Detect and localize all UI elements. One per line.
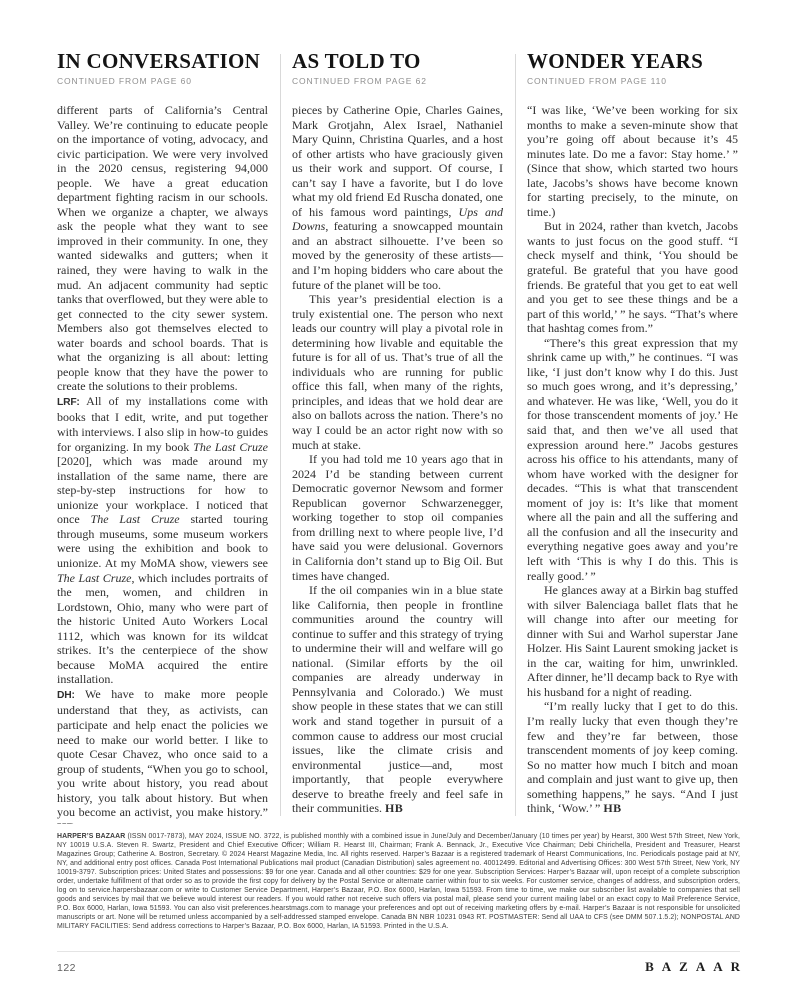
text-run: But in 2024, rather than kvetch, Jacobs …	[527, 219, 738, 335]
column-divider	[515, 54, 516, 816]
column-header: AS TOLD TO CONTINUED FROM PAGE 62	[292, 50, 503, 86]
article-paragraph: LRF: All of my installations come with b…	[57, 394, 268, 687]
text-run: If you had told me 10 years ago that in …	[292, 452, 503, 582]
column-continued-line: CONTINUED FROM PAGE 110	[527, 76, 738, 86]
article-paragraph: DH: We have to make more people understa…	[57, 687, 268, 824]
fine-print-lead: HARPER’S BAZAAR	[57, 833, 125, 840]
column-divider	[280, 54, 281, 816]
article-body: “I was like, ‘We’ve been working for six…	[527, 103, 738, 816]
column-continued-line: CONTINUED FROM PAGE 62	[292, 76, 503, 86]
column-headline: AS TOLD TO	[292, 50, 503, 72]
text-run: different parts of California’s Central …	[57, 103, 268, 393]
article-column-in-conversation: IN CONVERSATION CONTINUED FROM PAGE 60 d…	[57, 50, 268, 824]
article-column-as-told-to: AS TOLD TO CONTINUED FROM PAGE 62 pieces…	[292, 50, 503, 824]
text-run: He glances away at a Birkin bag stuffed …	[527, 583, 738, 699]
column-header: WONDER YEARS CONTINUED FROM PAGE 110	[527, 50, 738, 86]
text-run: DH:	[57, 690, 75, 701]
page-number: 122	[57, 962, 76, 974]
article-paragraph: pieces by Catherine Opie, Charles Gaines…	[292, 103, 503, 292]
text-run: LRF:	[57, 397, 80, 408]
text-run: This year’s presidential election is a t…	[292, 292, 503, 451]
article-paragraph: He glances away at a Birkin bag stuffed …	[527, 583, 738, 699]
text-run: , which includes portraits of the men, w…	[57, 571, 268, 687]
masthead-fine-print: HARPER’S BAZAAR (ISSN 0017-7873), MAY 20…	[57, 832, 740, 931]
article-paragraph: “I’m really lucky that I get to do this.…	[527, 699, 738, 815]
article-body: different parts of California’s Central …	[57, 103, 268, 824]
article-body: pieces by Catherine Opie, Charles Gaines…	[292, 103, 503, 816]
article-end-mark: HB	[603, 801, 621, 815]
magazine-page: IN CONVERSATION CONTINUED FROM PAGE 60 d…	[0, 0, 800, 981]
text-run: The Last Cruze	[193, 440, 268, 454]
column-continued-line: CONTINUED FROM PAGE 60	[57, 76, 268, 86]
text-run: If the oil companies win in a blue state…	[292, 583, 503, 815]
bazaar-logo: BAZAAR	[645, 959, 748, 975]
text-run: “I’m really lucky that I get to do this.…	[527, 699, 738, 815]
fine-print-text: (ISSN 0017-7873), MAY 2024, ISSUE NO. 37…	[57, 833, 740, 930]
article-paragraph: If the oil companies win in a blue state…	[292, 583, 503, 816]
article-end-mark: HB	[385, 801, 403, 815]
text-run: pieces by Catherine Opie, Charles Gaines…	[292, 103, 503, 219]
text-run: The Last Cruze	[57, 571, 131, 585]
article-paragraph: If you had told me 10 years ago that in …	[292, 452, 503, 583]
page-footer: 122 BAZAAR	[57, 951, 740, 975]
article-paragraph: But in 2024, rather than kvetch, Jacobs …	[527, 219, 738, 335]
article-column-wonder-years: WONDER YEARS CONTINUED FROM PAGE 110 “I …	[527, 50, 738, 824]
article-paragraph: This year’s presidential election is a t…	[292, 292, 503, 452]
article-paragraph: “I was like, ‘We’ve been working for six…	[527, 103, 738, 219]
columns-container: IN CONVERSATION CONTINUED FROM PAGE 60 d…	[57, 50, 740, 824]
text-run: “I was like, ‘We’ve been working for six…	[527, 103, 738, 219]
column-headline: WONDER YEARS	[527, 50, 738, 72]
text-run: We have to make more people understand t…	[57, 687, 268, 819]
article-paragraph: different parts of California’s Central …	[57, 103, 268, 394]
text-run: The Last Cruze	[91, 512, 180, 526]
text-run: “There’s this great expression that my s…	[527, 336, 738, 583]
column-header: IN CONVERSATION CONTINUED FROM PAGE 60	[57, 50, 268, 86]
article-end-mark: HB	[57, 820, 75, 824]
column-headline: IN CONVERSATION	[57, 50, 268, 72]
article-paragraph: “There’s this great expression that my s…	[527, 336, 738, 583]
